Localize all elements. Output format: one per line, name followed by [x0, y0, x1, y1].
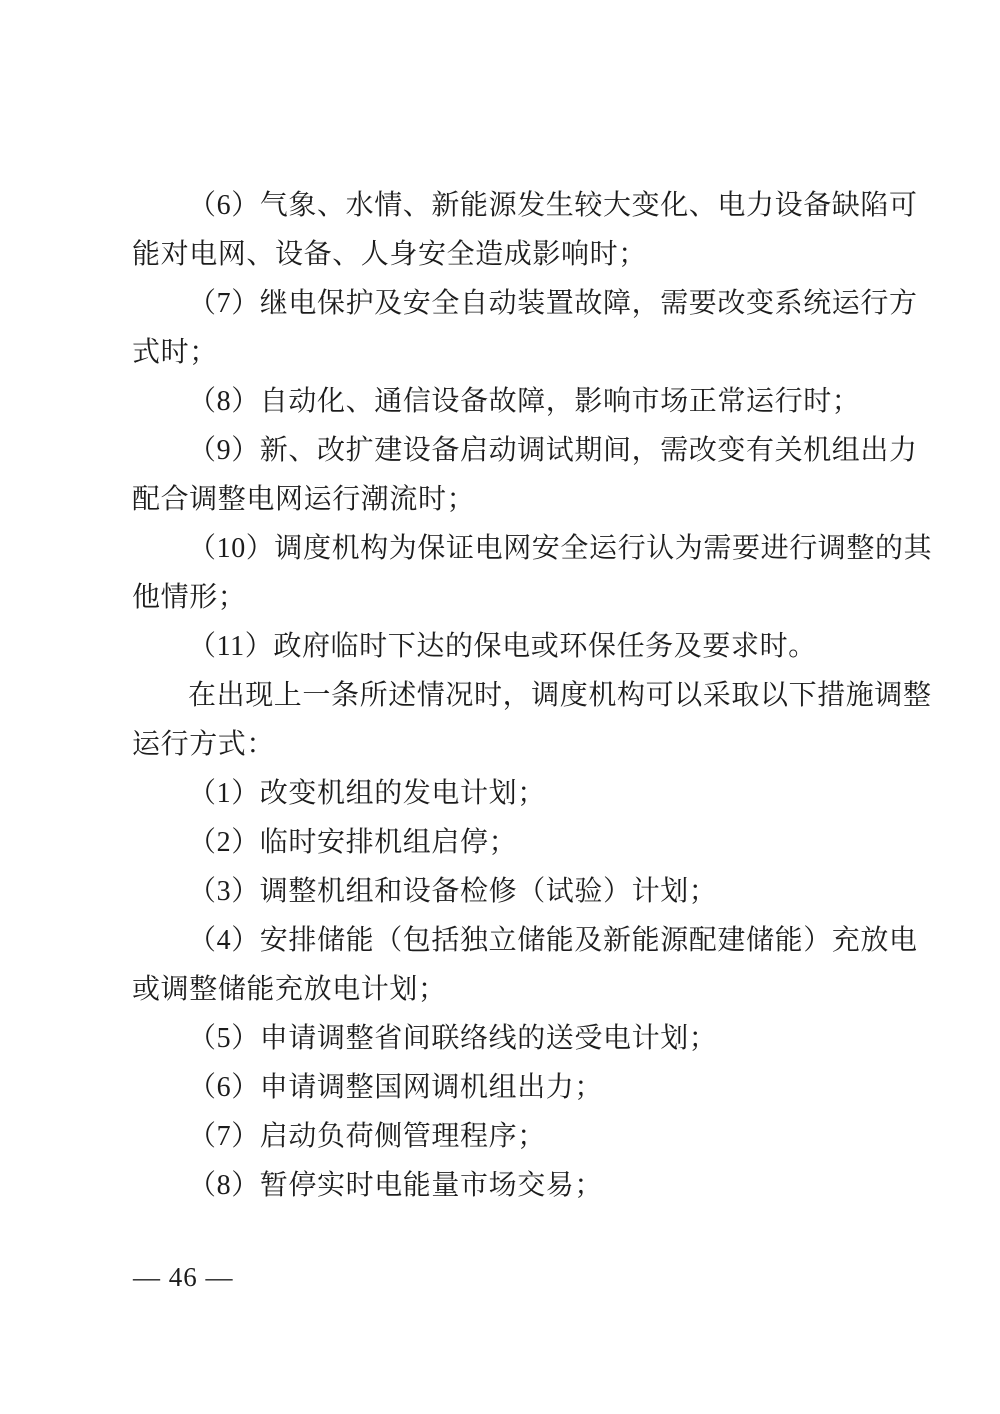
text-line: （6）气象、水情、新能源发生较大变化、电力设备缺陷可 [132, 181, 880, 230]
text-line: （2）临时安排机组启停； [132, 818, 880, 867]
text-line: （1）改变机组的发电计划； [132, 769, 880, 818]
text-line: 他情形； [132, 573, 880, 622]
text-line: （7）继电保护及安全自动装置故障，需要改变系统运行方 [132, 279, 880, 328]
text-line: （6）申请调整国网调机组出力； [132, 1063, 880, 1112]
text-line: （5）申请调整省间联络线的送受电计划； [132, 1014, 880, 1063]
text-line: （8）自动化、通信设备故障，影响市场正常运行时； [132, 377, 880, 426]
page-number: — 46 — [133, 1258, 234, 1296]
text-line: （3）调整机组和设备检修（试验）计划； [132, 867, 880, 916]
text-line: （8）暂停实时电能量市场交易； [132, 1161, 880, 1210]
text-line: （9）新、改扩建设备启动调试期间，需改变有关机组出力 [132, 426, 880, 475]
text-line: （7）启动负荷侧管理程序； [132, 1112, 880, 1161]
text-line: 式时； [132, 328, 880, 377]
text-line: 或调整储能充放电计划； [132, 965, 880, 1014]
text-line: 运行方式： [132, 720, 880, 769]
text-line: 在出现上一条所述情况时，调度机构可以采取以下措施调整 [132, 671, 880, 720]
text-line: （11）政府临时下达的保电或环保任务及要求时。 [132, 622, 880, 671]
text-line: 配合调整电网运行潮流时； [132, 475, 880, 524]
document-body: （6）气象、水情、新能源发生较大变化、电力设备缺陷可 能对电网、设备、人身安全造… [132, 181, 880, 1210]
document-page: （6）气象、水情、新能源发生较大变化、电力设备缺陷可 能对电网、设备、人身安全造… [0, 0, 1000, 1414]
text-line: 能对电网、设备、人身安全造成影响时； [132, 230, 880, 279]
text-line: （4）安排储能（包括独立储能及新能源配建储能）充放电 [132, 916, 880, 965]
text-line: （10）调度机构为保证电网安全运行认为需要进行调整的其 [132, 524, 880, 573]
